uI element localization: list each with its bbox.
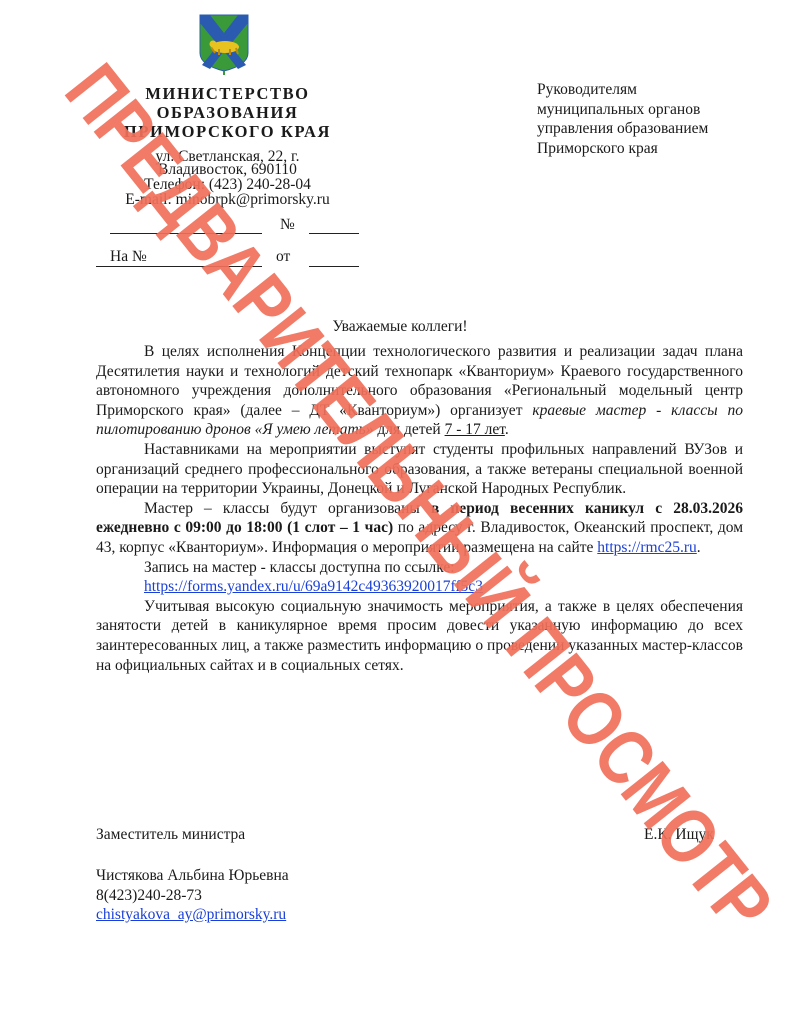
greeting: Уважаемые коллеги! xyxy=(0,318,800,336)
signatory-name: Е.К. Ищук xyxy=(644,826,714,844)
paragraph-3: Мастер – классы будут организованы в пер… xyxy=(96,499,743,558)
ref-number-line xyxy=(96,266,262,267)
outgoing-number-line xyxy=(110,233,262,234)
ministry-line: МИНИСТЕРСТВО xyxy=(100,84,355,103)
addressee-line: Руководителям xyxy=(537,80,708,100)
addressee: Руководителям муниципальных органов упра… xyxy=(537,80,708,158)
ministry-line: ПРИМОРСКОГО КРАЯ xyxy=(100,122,355,141)
signatory-position: Заместитель министра xyxy=(96,826,245,844)
ministry-contacts: ул. Светланская, 22, г. Владивосток, 690… xyxy=(100,151,355,207)
from-label: от xyxy=(276,248,290,266)
phone: Телефон: (423) 240-28-04 xyxy=(100,177,355,192)
website-link[interactable]: https://rmc25.ru xyxy=(597,539,696,556)
contact-email-link[interactable]: chistyakova_ay@primorsky.ru xyxy=(96,906,286,923)
number-label: № xyxy=(280,216,295,234)
contact-phone: 8(423)240-28-73 xyxy=(96,886,289,906)
letter-body: В целях исполнения Концепции технологиче… xyxy=(96,342,743,675)
paragraph-1: В целях исполнения Концепции технологиче… xyxy=(96,342,743,440)
paragraph-2: Наставниками на мероприятии выступят сту… xyxy=(96,440,743,499)
ref-date-line xyxy=(309,266,359,267)
ministry-line: ОБРАЗОВАНИЯ xyxy=(100,103,355,122)
coat-of-arms-icon xyxy=(198,13,250,77)
contact-person: Чистякова Альбина Юрьевна 8(423)240-28-7… xyxy=(96,866,289,925)
email: E-mail: minobrpk@primorsky.ru xyxy=(100,192,355,207)
ref-label: На № xyxy=(110,248,147,266)
age-range: 7 - 17 лет xyxy=(445,421,505,438)
paragraph-5: Учитывая высокую социальную значимость м… xyxy=(96,597,743,675)
ministry-name: МИНИСТЕРСТВО ОБРАЗОВАНИЯ ПРИМОРСКОГО КРА… xyxy=(100,84,355,141)
registration-link[interactable]: https://forms.yandex.ru/u/69a9142c493639… xyxy=(144,578,483,595)
addressee-line: Приморского края xyxy=(537,139,708,159)
paragraph-4: Запись на мастер - классы доступна по сс… xyxy=(96,558,743,578)
registration-link-line: https://forms.yandex.ru/u/69a9142c493639… xyxy=(144,577,743,597)
outgoing-number-value-line xyxy=(309,233,359,234)
contact-name: Чистякова Альбина Юрьевна xyxy=(96,866,289,886)
address-line: Владивосток, 690110 xyxy=(100,162,355,177)
addressee-line: управления образованием xyxy=(537,119,708,139)
addressee-line: муниципальных органов xyxy=(537,100,708,120)
